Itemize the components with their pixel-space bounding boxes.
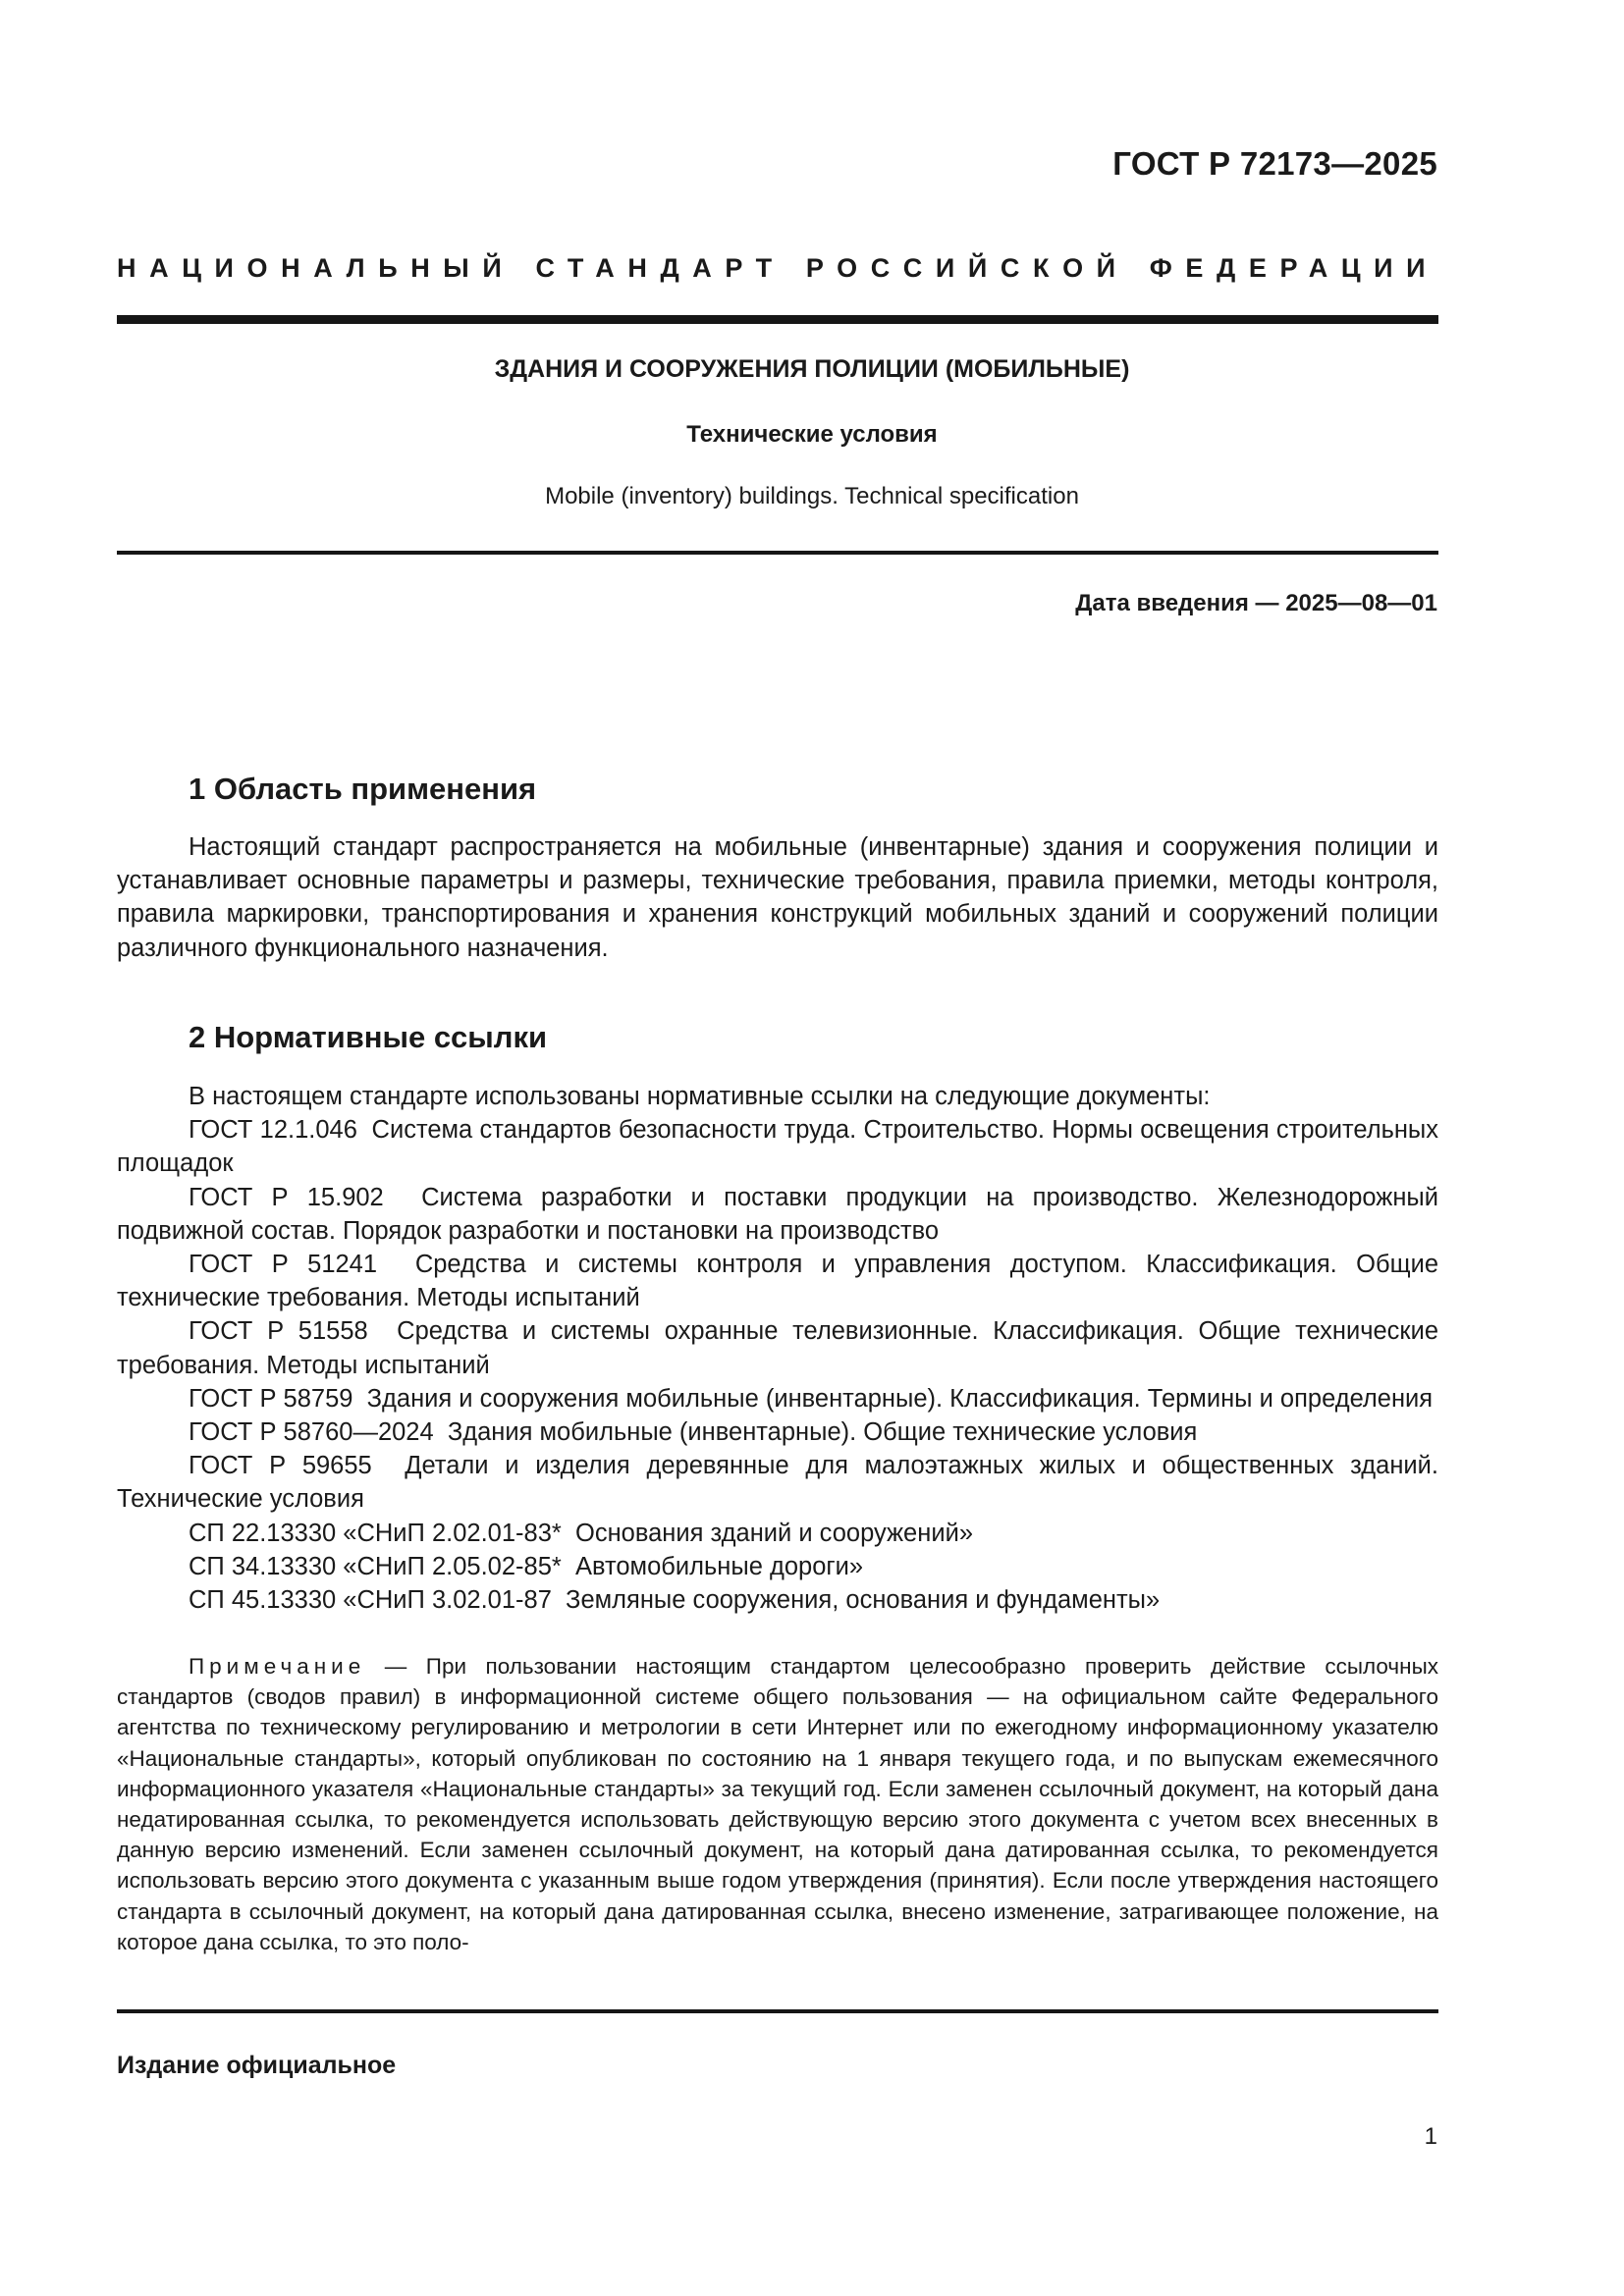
introduction-date: Дата введения — 2025—08—01 xyxy=(1075,590,1437,617)
title-divider xyxy=(117,551,1438,555)
reference-code: ГОСТ Р 58759 xyxy=(189,1385,352,1413)
reference-code: ГОСТ Р 51241 xyxy=(189,1251,377,1278)
header-divider xyxy=(117,315,1438,324)
reference-code: СП 34.13330 «СНиП 2.05.02-85* xyxy=(189,1553,562,1580)
reference-title: Автомобильные дороги» xyxy=(575,1553,863,1580)
page-number: 1 xyxy=(1425,2123,1437,2151)
section-2-references: В настоящем стандарте использованы норма… xyxy=(117,1080,1438,1617)
references-intro: В настоящем стандарте использованы норма… xyxy=(117,1080,1438,1113)
reference-title: Здания и сооружения мобильные (инвентарн… xyxy=(367,1385,1433,1413)
reference-item: СП 45.13330 «СНиП 3.02.01-87 Земляные со… xyxy=(117,1583,1438,1617)
reference-item: ГОСТ Р 51558 Средства и системы охранные… xyxy=(117,1314,1438,1381)
section-2-heading: 2 Нормативные ссылки xyxy=(189,1020,547,1055)
document-subtitle: Технические условия xyxy=(0,421,1624,449)
reference-item: СП 34.13330 «СНиП 2.05.02-85* Автомобиль… xyxy=(117,1550,1438,1583)
section-1-paragraph: Настоящий стандарт распространяется на м… xyxy=(117,830,1438,965)
reference-item: ГОСТ Р 58760—2024 Здания мобильные (инве… xyxy=(117,1415,1438,1449)
reference-code: ГОСТ Р 58760—2024 xyxy=(189,1418,434,1446)
document-code: ГОСТ Р 72173—2025 xyxy=(1112,145,1437,183)
reference-title: Здания мобильные (инвентарные). Общие те… xyxy=(448,1418,1198,1446)
note-label: Примечание xyxy=(189,1654,365,1679)
section-1-body: Настоящий стандарт распространяется на м… xyxy=(117,830,1438,965)
reference-code: ГОСТ Р 59655 xyxy=(189,1452,372,1479)
note-text: — При пользовании настоящим стандартом ц… xyxy=(117,1654,1438,1954)
reference-code: СП 22.13330 «СНиП 2.02.01-83* xyxy=(189,1520,562,1547)
reference-title: Основания зданий и сооружений» xyxy=(575,1520,973,1547)
reference-item: ГОСТ Р 58759 Здания и сооружения мобильн… xyxy=(117,1382,1438,1415)
document-title-english: Mobile (inventory) buildings. Technical … xyxy=(0,483,1624,510)
reference-list: ГОСТ 12.1.046 Система стандартов безопас… xyxy=(117,1113,1438,1617)
document-title: ЗДАНИЯ И СООРУЖЕНИЯ ПОЛИЦИИ (МОБИЛЬНЫЕ) xyxy=(0,355,1624,384)
reference-item: ГОСТ Р 51241 Средства и системы контроля… xyxy=(117,1248,1438,1314)
reference-code: ГОСТ Р 15.902 xyxy=(189,1184,384,1211)
reference-item: ГОСТ Р 15.902 Система разработки и поста… xyxy=(117,1181,1438,1248)
reference-code: СП 45.13330 «СНиП 3.02.01-87 xyxy=(189,1586,552,1614)
official-edition-label: Издание официальное xyxy=(117,2052,396,2080)
section-1-heading: 1 Область применения xyxy=(189,772,536,807)
reference-code: ГОСТ Р 51558 xyxy=(189,1317,368,1345)
reference-item: ГОСТ 12.1.046 Система стандартов безопас… xyxy=(117,1113,1438,1180)
reference-item: СП 22.13330 «СНиП 2.02.01-83* Основания … xyxy=(117,1517,1438,1550)
references-note: Примечание — При пользовании настоящим с… xyxy=(117,1651,1438,1957)
reference-code: ГОСТ 12.1.046 xyxy=(189,1116,357,1144)
reference-item: ГОСТ Р 59655 Детали и изделия деревянные… xyxy=(117,1449,1438,1516)
reference-title: Земляные сооружения, основания и фундаме… xyxy=(566,1586,1160,1614)
note-paragraph: Примечание — При пользовании настоящим с… xyxy=(117,1651,1438,1957)
national-standard-banner: НАЦИОНАЛЬНЫЙ СТАНДАРТ РОССИЙСКОЙ ФЕДЕРАЦ… xyxy=(117,253,1438,284)
footer-divider xyxy=(117,2009,1438,2013)
